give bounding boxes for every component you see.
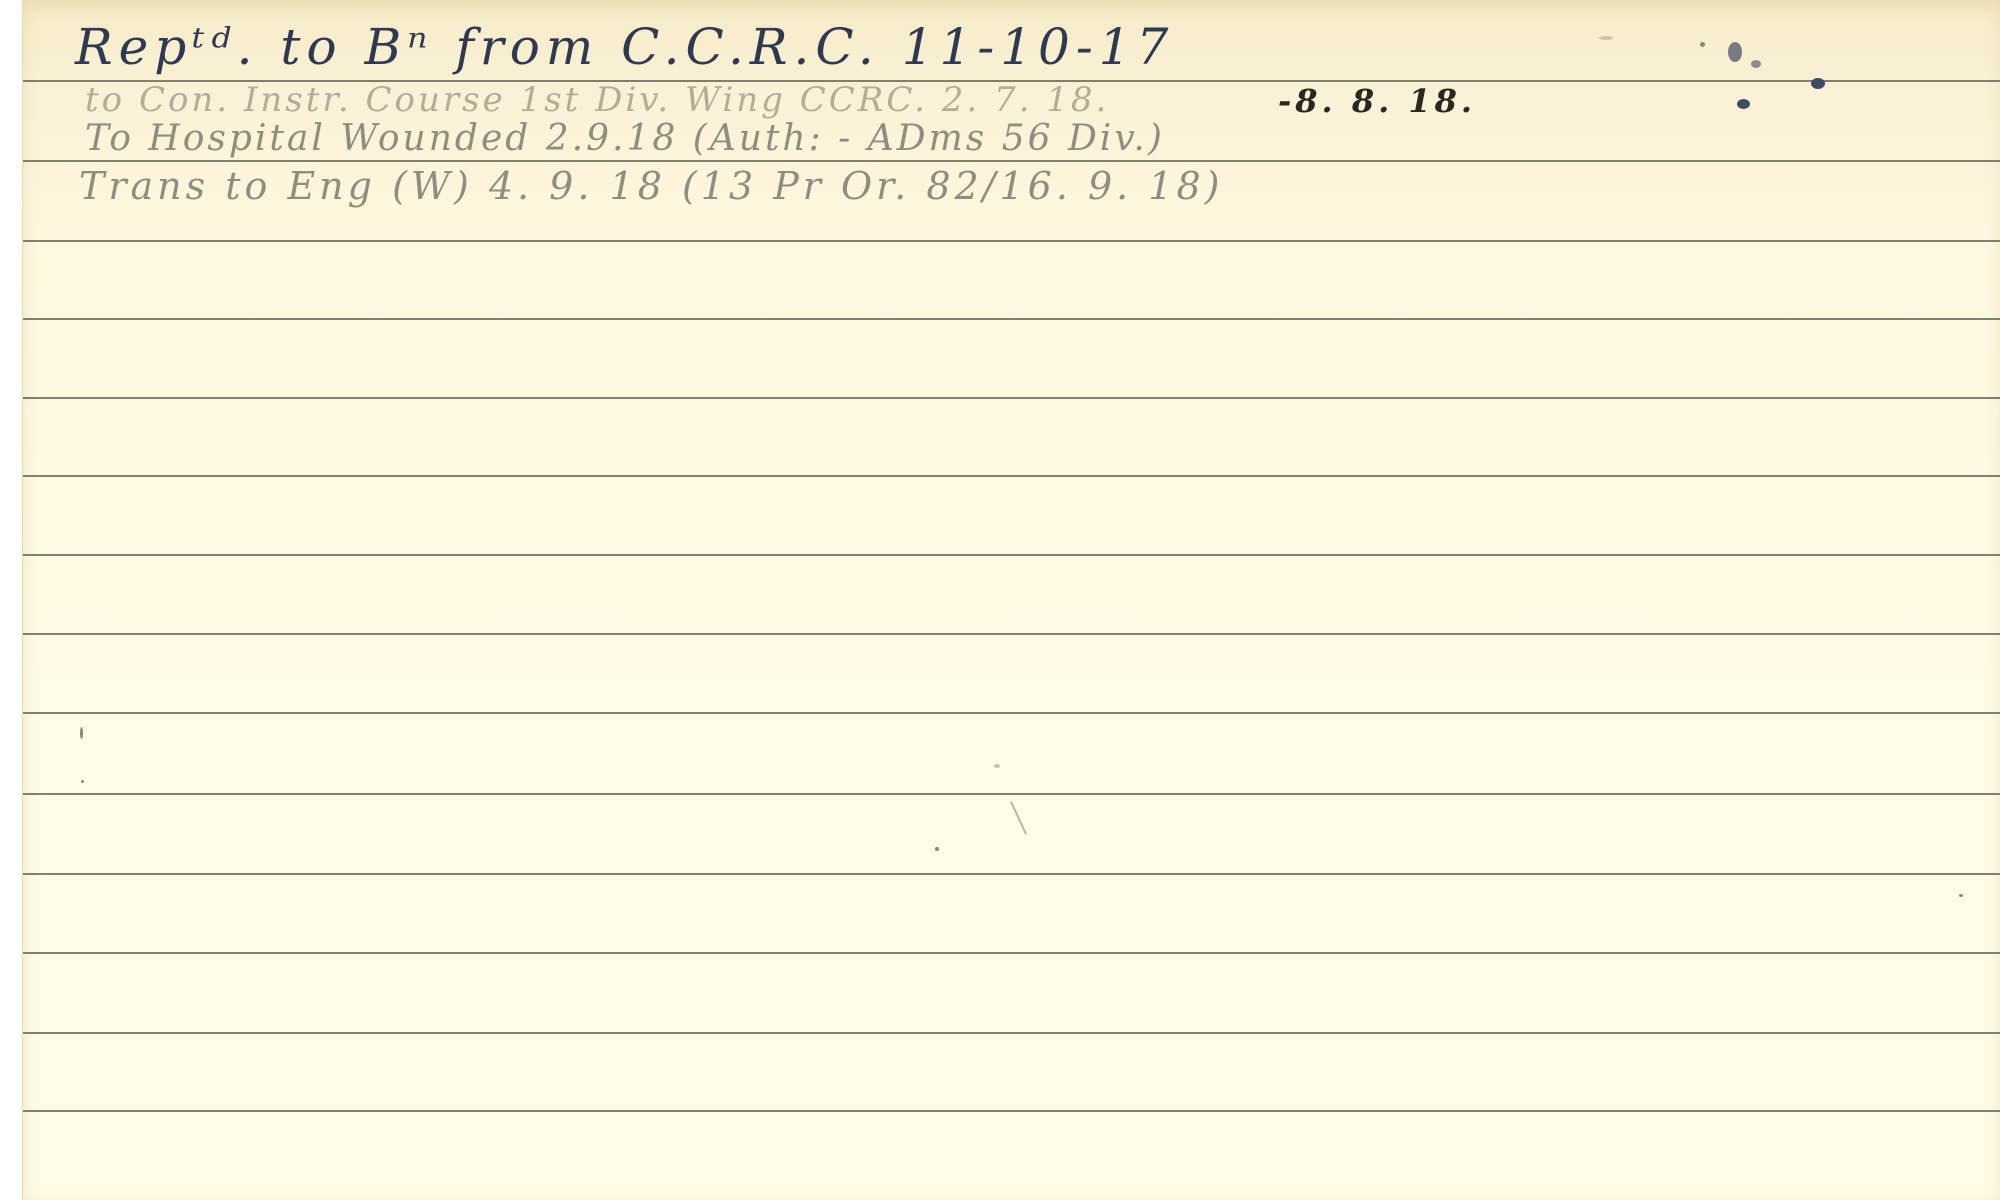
ruled-line (23, 952, 2000, 954)
entry-hospital-wounded: To Hospital Wounded 2.9.18 (Auth: - ADms… (85, 118, 1165, 159)
paper-speck (1959, 894, 1963, 897)
ruled-line (23, 873, 2000, 875)
entry-course-end-date: -8. 8. 18. (1278, 82, 1476, 120)
ruled-line (23, 160, 2000, 162)
ink-blot (1728, 42, 1742, 62)
ink-blot (1737, 99, 1750, 109)
ruled-line (23, 240, 2000, 242)
entry-transferred-england: Trans to Eng (W) 4. 9. 18 (13 Pr Or. 82/… (79, 164, 1224, 208)
ruled-line (23, 554, 2000, 556)
paper-speck (1700, 42, 1705, 47)
ruled-line (23, 1032, 2000, 1034)
paper-speck (994, 764, 1000, 768)
ruled-line (23, 1110, 2000, 1112)
ink-blot (1751, 60, 1761, 68)
paper-speck (80, 727, 83, 739)
ruled-line (23, 397, 2000, 399)
entry-reported-to-battalion: Repᵗᵈ. to Bⁿ from C.C.R.C. 11-10-17 (75, 18, 1174, 76)
ruled-line (23, 633, 2000, 635)
ruled-line (23, 475, 2000, 477)
index-card: Repᵗᵈ. to Bⁿ from C.C.R.C. 11-10-17 to C… (22, 0, 2000, 1200)
paper-speck (81, 780, 84, 783)
ruled-line (23, 793, 2000, 795)
ink-blot (1811, 78, 1825, 89)
entry-course: to Con. Instr. Course 1st Div. Wing CCRC… (85, 80, 1109, 120)
paper-speck (1599, 36, 1613, 40)
paper-speck (935, 847, 939, 851)
ruled-line (23, 318, 2000, 320)
pencil-mark (1010, 801, 1027, 834)
ruled-line (23, 712, 2000, 714)
